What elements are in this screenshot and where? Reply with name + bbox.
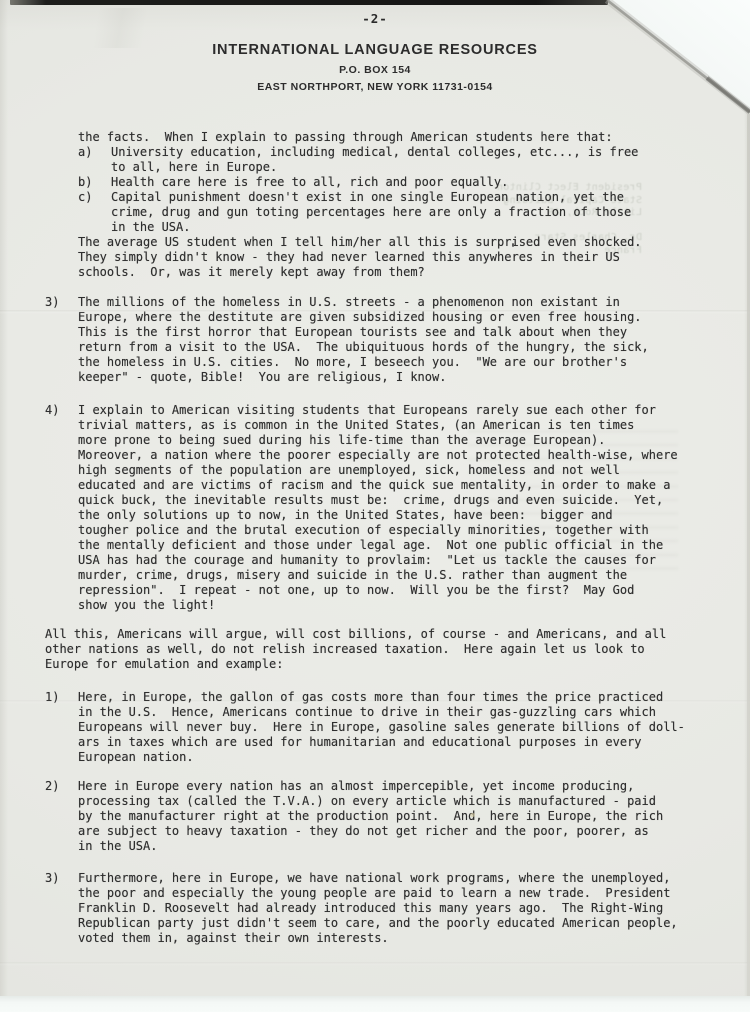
text-line: crime, drug and gun toting percentages h… <box>111 205 725 220</box>
paragraph-lines: I explain to American visiting students … <box>78 403 725 613</box>
text-line: Health care here is free to all, rich an… <box>111 175 725 190</box>
text-line: Republican party just didn't seem to car… <box>78 916 725 931</box>
paragraph-block: 2)Here in Europe every nation has an alm… <box>45 779 725 854</box>
text-line: by the manufacturer right at the product… <box>78 809 725 824</box>
paragraph-block: a)University education, including medica… <box>78 145 725 175</box>
paragraph-block: 4)I explain to American visiting student… <box>45 403 725 613</box>
paragraph-lines: Furthermore, here in Europe, we have nat… <box>78 871 725 946</box>
paragraph-lines: Health care here is free to all, rich an… <box>111 175 725 190</box>
text-line: keeper" - quote, Bible! You are religiou… <box>78 370 725 385</box>
text-line: Capital punishment doesn't exist in one … <box>111 190 725 205</box>
list-marker: 2) <box>45 779 78 854</box>
text-line: quick buck, the inevitable results must … <box>78 493 725 508</box>
text-line: schools. Or, was it merely kept away fro… <box>78 265 725 280</box>
paragraph-block: the facts. When I explain to passing thr… <box>78 130 725 145</box>
text-line: Europe for emulation and example: <box>45 657 725 672</box>
text-line: Franklin D. Roosevelt had already introd… <box>78 901 725 916</box>
list-marker: 4) <box>45 403 78 613</box>
text-line: All this, Americans will argue, will cos… <box>45 627 725 642</box>
paper-crease <box>0 310 750 314</box>
text-line: Moreover, a nation where the poorer espe… <box>78 448 725 463</box>
text-line: tougher police and the brutal execution … <box>78 523 725 538</box>
text-line: USA has had the courage and humanity to … <box>78 553 725 568</box>
paper-sheet: -2- INTERNATIONAL LANGUAGE RESOURCES P.O… <box>0 0 750 996</box>
list-marker: 3) <box>45 871 78 946</box>
list-marker: c) <box>78 190 111 235</box>
text-line: University education, including medical,… <box>111 145 725 160</box>
list-marker: a) <box>78 145 111 175</box>
paragraph-lines: The millions of the homeless in U.S. str… <box>78 295 725 385</box>
text-line: They simply didn't know - they had never… <box>78 250 725 265</box>
text-line: are subject to heavy taxation - they do … <box>78 824 725 839</box>
paragraph-block: The average US student when I tell him/h… <box>78 235 725 280</box>
text-line: Here in Europe every nation has an almos… <box>78 779 725 794</box>
paragraph-lines: Capital punishment doesn't exist in one … <box>111 190 725 235</box>
list-marker: 3) <box>45 295 78 385</box>
text-line: I explain to American visiting students … <box>78 403 725 418</box>
document-body: the facts. When I explain to passing thr… <box>45 130 725 946</box>
text-line: other nations as well, do not relish inc… <box>45 642 725 657</box>
paragraph-block: 3)The millions of the homeless in U.S. s… <box>45 295 725 385</box>
text-line: in the U.S. Hence, Americans continue to… <box>78 705 725 720</box>
text-line: high segments of the population are unem… <box>78 463 725 478</box>
list-marker: b) <box>78 175 111 190</box>
folded-corner <box>605 0 750 114</box>
text-line: to all, here in Europe. <box>111 160 725 175</box>
text-line: educated and are victims of racism and t… <box>78 478 725 493</box>
scan-edge-bar <box>10 0 608 5</box>
text-line: murder, crime, drugs, misery and suicide… <box>78 568 725 583</box>
paragraph-lines: The average US student when I tell him/h… <box>78 235 725 280</box>
text-line: Europeans will never buy. Here in Europe… <box>78 720 725 735</box>
paragraph-block: 3)Furthermore, here in Europe, we have n… <box>45 871 725 946</box>
text-line: the mentally deficient and those under l… <box>78 538 725 553</box>
text-line: return from a visit to the USA. The ubiq… <box>78 340 725 355</box>
paper-crease <box>0 8 240 48</box>
paragraph-block: b)Health care here is free to all, rich … <box>78 175 725 190</box>
text-line: processing tax (called the T.V.A.) on ev… <box>78 794 725 809</box>
text-line: more prone to being sued during his life… <box>78 433 725 448</box>
paper-stain <box>470 813 475 817</box>
text-line: ars in taxes which are used for humanita… <box>78 735 725 750</box>
paragraph-block: All this, Americans will argue, will cos… <box>45 627 725 672</box>
text-line: The millions of the homeless in U.S. str… <box>78 295 725 310</box>
paper-crease <box>0 700 750 704</box>
paragraph-lines: University education, including medical,… <box>111 145 725 175</box>
paper-crease <box>0 962 750 966</box>
text-line: This is the first horror that European t… <box>78 325 725 340</box>
text-line: show you the light! <box>78 598 725 613</box>
text-line: in the USA. <box>111 220 725 235</box>
paragraph-lines: Here in Europe every nation has an almos… <box>78 779 725 854</box>
paragraph-lines: the facts. When I explain to passing thr… <box>78 130 725 145</box>
scanner-background <box>0 996 750 1012</box>
text-line: trivial matters, as is common in the Uni… <box>78 418 725 433</box>
text-line: the facts. When I explain to passing thr… <box>78 130 725 145</box>
text-line: in the USA. <box>78 839 725 854</box>
text-line: the poor and especially the young people… <box>78 886 725 901</box>
text-line: The average US student when I tell him/h… <box>78 235 725 250</box>
text-line: the homeless in U.S. cities. No more, I … <box>78 355 725 370</box>
text-line: voted them in, against their own interes… <box>78 931 725 946</box>
paragraph-lines: All this, Americans will argue, will cos… <box>45 627 725 672</box>
ink-speck <box>512 243 514 247</box>
paragraph-block: c)Capital punishment doesn't exist in on… <box>78 190 725 235</box>
text-line: Furthermore, here in Europe, we have nat… <box>78 871 725 886</box>
scanned-page: -2- INTERNATIONAL LANGUAGE RESOURCES P.O… <box>0 0 750 1012</box>
text-line: the only solutions up to now, in the Uni… <box>78 508 725 523</box>
text-line: repression". I repeat - not one, up to n… <box>78 583 725 598</box>
text-line: European nation. <box>78 750 725 765</box>
